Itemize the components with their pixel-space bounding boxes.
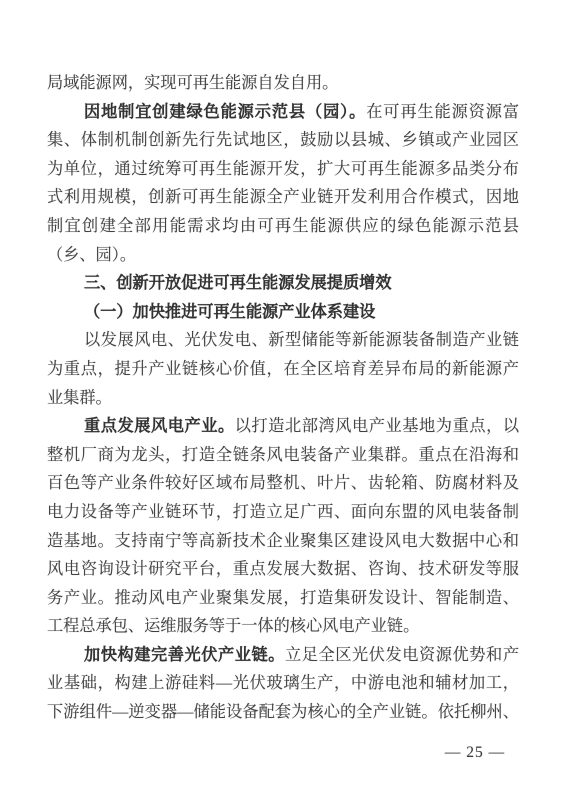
text-segment: 式利用规模，创新可再生能源全产业链开发利用合作模式，因地 (47, 188, 519, 206)
text-segment: 为单位，通过统筹可再生能源开发，扩大可再生能源多品类分布 (47, 160, 519, 178)
text-line: 重点发展风电产业。以打造北部湾风电产业基地为重点，以 (47, 412, 519, 441)
text-segment: 下游组件—逆变器—储能设备配套为核心的全产业链。依托柳州、 (47, 703, 519, 721)
section-heading: 三、创新开放促进可再生能源发展提质增效 (47, 269, 519, 298)
text-line: 集、体制机制创新先行先试地区，鼓励以县城、乡镇或产业园区 (47, 126, 519, 155)
text-line: 业基础，构建上游硅料—光伏玻璃生产，中游电池和辅材加工， (47, 669, 519, 698)
heading-text: （一）加快推进可再生能源产业体系建设 (84, 303, 375, 321)
page-number: — 25 — (428, 739, 522, 767)
text-segment: 以发展风电、光伏发电、新型储能等新能源装备制造产业链 (84, 331, 519, 349)
text-segment: 务产业。推动风电产业聚集发展，打造集研发设计、智能制造、 (47, 589, 519, 607)
text-segment: 电力设备等产业链环节，打造立足广西、面向东盟的风电装备制 (47, 503, 519, 521)
text-segment: 立足全区光伏发电资源优势和产 (285, 646, 519, 664)
text-line: 因地制宜创建绿色能源示范县（园）。在可再生能源资源富 (47, 98, 519, 127)
bold-lead: 加快构建完善光伏产业链。 (84, 646, 285, 664)
text-line: 整机厂商为龙头，打造全链条风电装备产业集群。重点在沿海和 (47, 441, 519, 470)
text-segment: 业基础，构建上游硅料—光伏玻璃生产，中游电池和辅材加工， (47, 674, 519, 692)
document-body: 局域能源网，实现可再生能源自发自用。 因地制宜创建绿色能源示范县（园）。在可再生… (47, 69, 519, 727)
text-line: 为单位，通过统筹可再生能源开发，扩大可再生能源多品类分布 (47, 155, 519, 184)
text-segment: 业集群。 (47, 389, 112, 407)
text-line: 加快构建完善光伏产业链。立足全区光伏发电资源优势和产 (47, 641, 519, 670)
text-segment: 工程总承包、运维服务等于一体的核心风电产业链。 (47, 617, 419, 635)
bold-lead: 因地制宜创建绿色能源示范县（园）。 (84, 103, 366, 121)
heading-text: 三、创新开放促进可再生能源发展提质增效 (84, 274, 392, 292)
text-line: 以发展风电、光伏发电、新型储能等新能源装备制造产业链 (47, 326, 519, 355)
text-line: 制宜创建全部用能需求均由可再生能源供应的绿色能源示范县 (47, 212, 519, 241)
document-page: 局域能源网，实现可再生能源自发自用。 因地制宜创建绿色能源示范县（园）。在可再生… (0, 0, 565, 800)
text-segment: 在可再生能源资源富 (366, 103, 519, 121)
text-segment: 风电咨询设计研究平台，重点发展大数据、咨询、技术研发等服 (47, 560, 519, 578)
subsection-heading: （一）加快推进可再生能源产业体系建设 (47, 298, 519, 327)
text-segment: 造基地。支持南宁等高新技术企业聚集区建设风电大数据中心和 (47, 532, 519, 550)
text-line: 式利用规模，创新可再生能源全产业链开发利用合作模式，因地 (47, 183, 519, 212)
text-segment: 以打造北部湾风电产业基地为重点，以 (235, 417, 519, 435)
text-segment: 局域能源网，实现可再生能源自发自用。 (47, 74, 338, 92)
text-line: 为重点，提升产业链核心价值，在全区培育差异布局的新能源产 (47, 355, 519, 384)
text-line: 下游组件—逆变器—储能设备配套为核心的全产业链。依托柳州、 (47, 698, 519, 727)
text-segment: 集、体制机制创新先行先试地区，鼓励以县城、乡镇或产业园区 (47, 131, 519, 149)
text-line: 风电咨询设计研究平台，重点发展大数据、咨询、技术研发等服 (47, 555, 519, 584)
text-line: 造基地。支持南宁等高新技术企业聚集区建设风电大数据中心和 (47, 527, 519, 556)
text-line: 电力设备等产业链环节，打造立足广西、面向东盟的风电装备制 (47, 498, 519, 527)
bold-lead: 重点发展风电产业。 (84, 417, 235, 435)
text-line: 务产业。推动风电产业聚集发展，打造集研发设计、智能制造、 (47, 584, 519, 613)
text-line: （乡、园）。 (47, 241, 519, 270)
text-segment: 为重点，提升产业链核心价值，在全区培育差异布局的新能源产 (47, 360, 519, 378)
text-segment: 制宜创建全部用能需求均由可再生能源供应的绿色能源示范县 (47, 217, 519, 235)
text-line: 业集群。 (47, 384, 519, 413)
text-line: 工程总承包、运维服务等于一体的核心风电产业链。 (47, 612, 519, 641)
text-line: 百色等产业条件较好区域布局整机、叶片、齿轮箱、防腐材料及 (47, 469, 519, 498)
text-segment: （乡、园）。 (47, 246, 136, 264)
text-line: 局域能源网，实现可再生能源自发自用。 (47, 69, 519, 98)
text-segment: 百色等产业条件较好区域布局整机、叶片、齿轮箱、防腐材料及 (47, 474, 519, 492)
text-segment: 整机厂商为龙头，打造全链条风电装备产业集群。重点在沿海和 (47, 446, 519, 464)
